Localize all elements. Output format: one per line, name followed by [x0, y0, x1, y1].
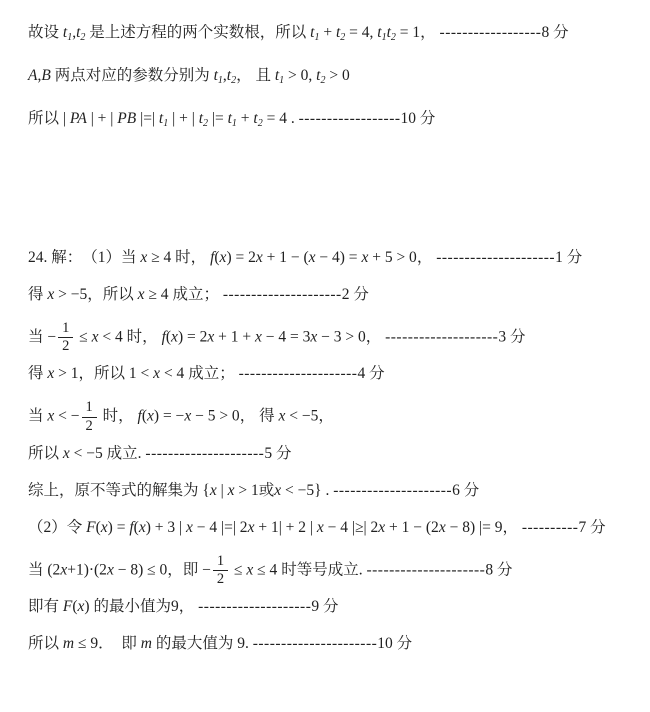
text-run: ，所以 — [79, 365, 129, 382]
text-run: 时等号成立. — [281, 561, 366, 578]
line-minimum-value: 即有 F(x) 的最小值为9， --------------------9 分 — [28, 596, 644, 617]
math-text: 5 — [264, 445, 272, 462]
math-text: ≤ — [75, 328, 91, 345]
fraction-numerator: 1 — [213, 554, 228, 570]
math-text: ≤ 9 — [74, 635, 98, 652]
text-run: ， — [318, 408, 334, 425]
fraction-denominator: 2 — [82, 417, 97, 434]
text-run: 24. 解： （1）当 — [28, 249, 140, 266]
text-run: 分 — [549, 24, 568, 41]
text-run: ， 得 — [240, 408, 279, 425]
math-variable: x — [92, 328, 99, 345]
math-text: 8 — [485, 561, 493, 578]
math-text: + 1| + 2 | — [254, 519, 316, 536]
text-run: 所以 — [28, 445, 63, 462]
math-text: − 4 |≥| 2 — [324, 519, 378, 536]
math-text: ≥ 4 — [147, 249, 175, 266]
text-run: 成立； — [188, 365, 238, 382]
math-variable: x — [101, 519, 108, 536]
math-text: < −5} . — [281, 482, 333, 499]
math-variable: x — [147, 408, 154, 425]
math-text: < −5 — [70, 445, 107, 462]
text-run: 所以 — [28, 110, 63, 127]
text-run: ， — [179, 598, 198, 615]
math-text: 9. — [237, 635, 253, 652]
math-text: > 0, — [284, 67, 316, 84]
line-q24-case1: 24. 解： （1）当 x ≥ 4 时， f(x) = 2x + 1 − (x … — [28, 247, 644, 268]
math-text: − 8) |= 9 — [446, 519, 503, 536]
math-variable: x — [107, 561, 114, 578]
math-text: + 1 − ( — [263, 249, 309, 266]
math-text: > −5 — [54, 286, 87, 303]
text-run: 分 — [563, 249, 582, 266]
math-text: 3 — [498, 328, 506, 345]
text-run: 分 — [272, 445, 291, 462]
fraction-numerator: 1 — [82, 400, 97, 416]
line-equality-condition: 当 (2x+1)·(2x − 8) ≤ 0，即 −12 ≤ x ≤ 4 时等号成… — [28, 554, 644, 587]
math-variable: PB — [117, 110, 136, 127]
text-run: 即有 — [28, 598, 63, 615]
text-run: 的最小值为 — [90, 598, 171, 615]
text-run: 分 — [393, 635, 412, 652]
math-variable: x — [255, 328, 262, 345]
line-pa-pb-sum: 所以 | PA | + | PB |=| t1 | + | t2 |= t1 +… — [28, 108, 644, 129]
text-run: 分 — [416, 110, 435, 127]
dotted-leader: ---------- — [522, 519, 579, 536]
math-variable: B — [41, 67, 50, 84]
text-run: 时， — [99, 408, 138, 425]
text-run: ，所以 — [87, 286, 137, 303]
dotted-leader: --------------------- — [145, 445, 264, 462]
line-case3-result: 所以 x < −5 成立. ---------------------5 分 — [28, 443, 644, 464]
math-text: (2 — [47, 561, 60, 578]
text-run: 是上述方程的两个实数根，所以 — [85, 24, 310, 41]
dotted-leader: --------------------- — [333, 482, 452, 499]
section-problem-24: 24. 解： （1）当 x ≥ 4 时， f(x) = 2x + 1 − (x … — [28, 247, 644, 654]
math-text: ) = 2 — [226, 249, 255, 266]
math-text: = 4, — [345, 24, 377, 41]
math-variable: x — [317, 519, 324, 536]
fraction-denominator: 2 — [58, 337, 73, 354]
math-text: + — [319, 24, 336, 41]
math-variable: x — [138, 286, 145, 303]
fraction-denominator: 2 — [213, 570, 228, 587]
line-parameters: A,B 两点对应的参数分别为 t1,t2， 且 t1 > 0, t2 > 0 — [28, 65, 644, 86]
text-run: 分 — [319, 598, 338, 615]
dotted-leader: -------------------- — [198, 598, 311, 615]
line-case2-result: 得 x > 1，所以 1 < x < 4 成立； ---------------… — [28, 363, 644, 384]
text-run: ， 且 — [236, 67, 275, 84]
math-text: | — [217, 482, 228, 499]
text-run: ， — [420, 24, 439, 41]
dotted-leader: --------------------- — [239, 365, 358, 382]
math-text: | — [63, 110, 70, 127]
math-text: 9 — [171, 598, 179, 615]
math-variable: x — [210, 482, 217, 499]
line-conclusion: 所以 m ≤ 9． 即 m 的最大值为 9. -----------------… — [28, 633, 644, 654]
line-solution-set: 综上，原不等式的解集为 {x | x > 1或x < −5} . -------… — [28, 480, 644, 501]
math-text: − 8) ≤ 0 — [114, 561, 167, 578]
math-text: 10 — [377, 635, 393, 652]
fraction: 12 — [213, 554, 228, 587]
math-text: + 1 + — [214, 328, 255, 345]
text-run: 分 — [460, 482, 479, 499]
math-text: = 4 . — [263, 110, 299, 127]
math-text: − 4 = 3 — [262, 328, 310, 345]
section-problem-23-tail: 故设 t1,t2 是上述方程的两个实数根，所以 t1 + t2 = 4, t1t… — [28, 22, 644, 129]
line-case3: 当 x < −12 时， f(x) = −x − 5 > 0， 得 x < −5… — [28, 400, 644, 433]
math-text: { — [202, 482, 209, 499]
line-case1-result: 得 x > −5，所以 x ≥ 4 成立； ------------------… — [28, 284, 644, 305]
text-run: 综上，原不等式的解集为 — [28, 482, 202, 499]
math-text: 6 — [452, 482, 460, 499]
math-text: ≥ 4 — [145, 286, 173, 303]
math-variable: x — [439, 519, 446, 536]
math-variable: x — [186, 519, 193, 536]
text-run: 的最大值为 — [152, 635, 237, 652]
text-run: 分 — [349, 286, 368, 303]
math-text: ≤ — [230, 561, 246, 578]
text-run: ． 即 — [98, 635, 141, 652]
math-variable: x — [256, 249, 263, 266]
math-text: > 0 — [325, 67, 349, 84]
math-text: − — [202, 561, 211, 578]
dotted-leader: ------------------ — [440, 24, 542, 41]
math-variable: PA — [70, 110, 87, 127]
line-part2-inequality: （2）令 F(x) = f(x) + 3 | x − 4 |=| 2x + 1|… — [28, 517, 644, 538]
math-text: = 1 — [396, 24, 420, 41]
text-run: 得 — [28, 365, 47, 382]
math-text: ) + 3 | — [146, 519, 186, 536]
text-run: 两点对应的参数分别为 — [51, 67, 214, 84]
text-run: 当 — [28, 328, 47, 345]
math-text: 10 — [401, 110, 417, 127]
math-text: | + | — [87, 110, 117, 127]
text-run: 得 — [28, 286, 47, 303]
text-run: ， — [366, 328, 385, 345]
math-text: − — [47, 328, 56, 345]
math-text: ) = — [108, 519, 130, 536]
math-text: − 4) = — [316, 249, 362, 266]
math-variable: m — [63, 635, 74, 652]
dotted-leader: --------------------- — [223, 286, 342, 303]
text-run: 成立. — [107, 445, 146, 462]
math-text: + 1 − (2 — [385, 519, 439, 536]
text-run: 故设 — [28, 24, 63, 41]
math-text: |=| — [136, 110, 159, 127]
text-run: 分 — [493, 561, 512, 578]
text-run: 或 — [259, 482, 275, 499]
math-text: + 5 > 0 — [368, 249, 416, 266]
math-variable: x — [139, 519, 146, 536]
text-run: （2）令 — [28, 519, 86, 536]
math-text: 1 — [555, 249, 563, 266]
math-text: | + | — [168, 110, 198, 127]
math-variable: F — [86, 519, 95, 536]
math-text: > 1 — [54, 365, 78, 382]
text-run: 时， — [175, 249, 210, 266]
math-text: > 1 — [234, 482, 258, 499]
fraction: 12 — [58, 321, 73, 354]
math-variable: x — [171, 328, 178, 345]
text-run: 当 — [28, 408, 47, 425]
text-run: 分 — [586, 519, 605, 536]
text-run: ， — [417, 249, 436, 266]
dotted-leader: ---------------------- — [253, 635, 378, 652]
math-text: ) = − — [154, 408, 184, 425]
math-text: + — [237, 110, 254, 127]
math-text: < − — [54, 408, 79, 425]
math-text: − 5 > 0 — [191, 408, 239, 425]
math-variable: m — [141, 635, 152, 652]
math-variable: x — [309, 249, 316, 266]
math-text: |= — [208, 110, 228, 127]
math-text: 9 — [311, 598, 319, 615]
math-text: < −5 — [285, 408, 318, 425]
dotted-leader: -------------------- — [385, 328, 498, 345]
text-run: 时， — [127, 328, 162, 345]
math-text: < 4 — [99, 328, 127, 345]
math-text: − 3 > 0 — [317, 328, 365, 345]
dotted-leader: ------------------ — [299, 110, 401, 127]
text-run: 分 — [365, 365, 384, 382]
text-run: ， — [502, 519, 521, 536]
text-run: 成立； — [172, 286, 222, 303]
math-text: 1 < — [129, 365, 153, 382]
text-run: 分 — [506, 328, 525, 345]
dotted-leader: --------------------- — [366, 561, 485, 578]
math-variable: x — [63, 445, 70, 462]
line-case2: 当 −12 ≤ x < 4 时， f(x) = 2x + 1 + x − 4 =… — [28, 321, 644, 354]
math-text: < 4 — [160, 365, 188, 382]
fraction: 12 — [82, 400, 97, 433]
fraction-numerator: 1 — [58, 321, 73, 337]
math-text: +1)·(2 — [67, 561, 107, 578]
math-variable: F — [63, 598, 72, 615]
line-viete-roots: 故设 t1,t2 是上述方程的两个实数根，所以 t1 + t2 = 4, t1t… — [28, 22, 644, 43]
text-run: 当 — [28, 561, 47, 578]
math-text: ≤ 4 — [253, 561, 281, 578]
math-text: ) = 2 — [178, 328, 207, 345]
dotted-leader: --------------------- — [436, 249, 555, 266]
text-run: ，即 — [167, 561, 202, 578]
math-solution-document: 故设 t1,t2 是上述方程的两个实数根，所以 t1 + t2 = 4, t1t… — [0, 0, 650, 654]
math-text: − 4 |=| 2 — [193, 519, 248, 536]
text-run: 所以 — [28, 635, 63, 652]
